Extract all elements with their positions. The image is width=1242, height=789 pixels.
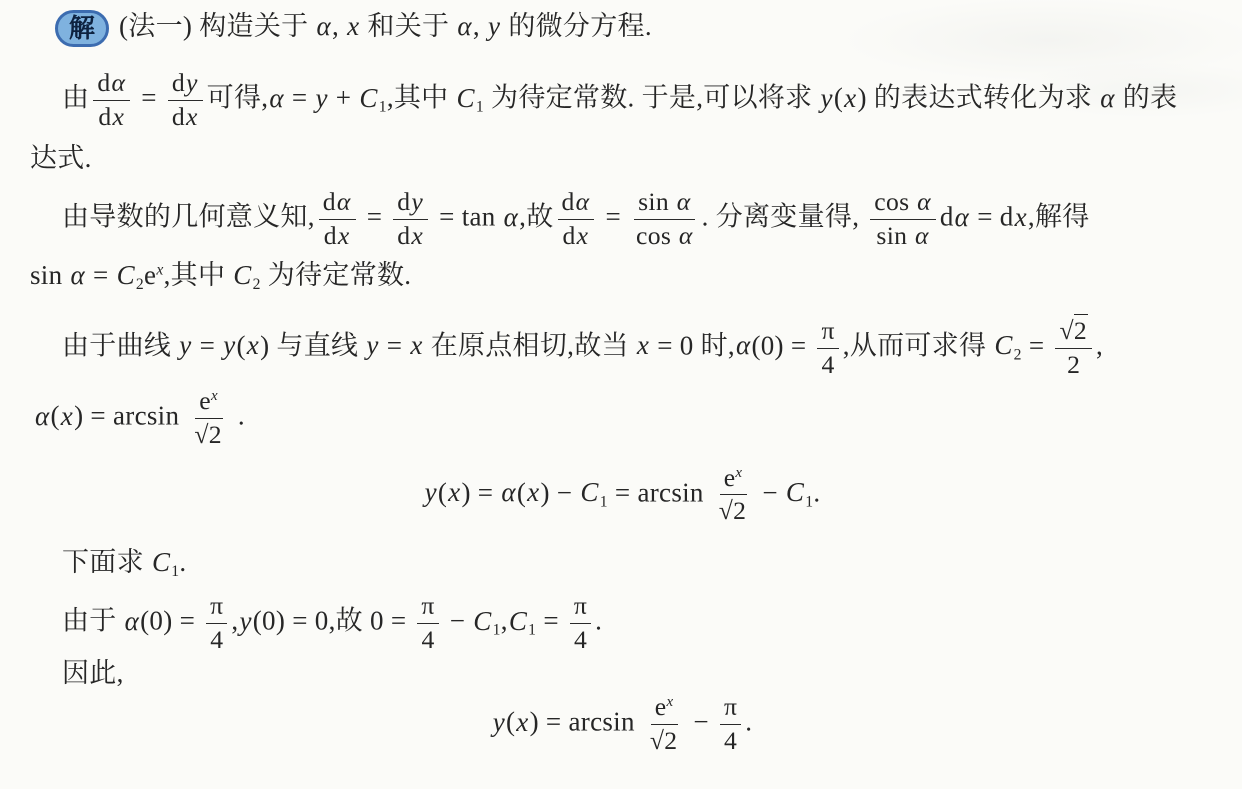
text-run: ) = arcsin — [74, 401, 186, 431]
math-variable: α — [110, 68, 126, 97]
math-variable: y — [178, 330, 192, 360]
text-run: . — [231, 401, 245, 431]
text-run: d — [97, 68, 110, 97]
text-run: d — [563, 221, 576, 250]
math-variable: y — [222, 330, 236, 360]
fraction-numerator: π — [570, 592, 591, 624]
text-run: ( — [517, 477, 526, 507]
math-variable: y — [410, 187, 424, 216]
text-run: = — [86, 260, 116, 290]
text-run: ,故 — [519, 202, 553, 232]
math-variable: y — [185, 68, 199, 97]
math-variable: y — [424, 477, 438, 507]
math-variable: C — [579, 477, 599, 507]
text-run: = — [285, 83, 315, 113]
math-variable: x — [337, 221, 351, 250]
text-run: (0) = — [140, 606, 202, 636]
text-run: d — [172, 102, 185, 131]
math-variable: x — [346, 11, 360, 41]
superscript: x — [156, 261, 163, 278]
text-run: 4 — [210, 625, 223, 654]
math-variable: C — [472, 606, 492, 636]
text-run: 由于曲线 — [62, 330, 178, 360]
text-run: 4 — [822, 350, 835, 379]
math-variable: x — [447, 477, 461, 507]
text-run: . — [813, 477, 820, 507]
text-run: ,其中 — [164, 260, 233, 290]
text-run: 2 — [1067, 350, 1080, 379]
text-run: d — [98, 102, 111, 131]
math-variable: x — [526, 477, 540, 507]
math-variable: α — [500, 477, 516, 507]
fraction: ex√2 — [646, 693, 683, 755]
fraction-denominator: sin α — [872, 220, 933, 251]
fraction-numerator: π — [417, 592, 438, 624]
fraction-numerator: π — [817, 317, 838, 349]
fraction: π4 — [720, 693, 741, 755]
text-run: . 分离变量得, — [702, 202, 867, 232]
text-run: d — [324, 221, 337, 250]
text-run: 由 — [62, 83, 89, 113]
math-variable: C — [151, 547, 171, 577]
sqrt-radical: √2 — [650, 724, 679, 755]
math-variable: C — [993, 330, 1013, 360]
line-initial-condition: 由于曲线 y = y(x) 与直线 y = x 在原点相切,故当 x = 0 时… — [30, 317, 1214, 379]
math-variable: x — [185, 102, 199, 131]
superscript: x — [735, 465, 742, 481]
fraction-denominator: dx — [320, 220, 355, 251]
text-run: d — [397, 187, 410, 216]
math-variable: x — [111, 102, 125, 131]
text-run: 达式. — [30, 143, 92, 173]
radicand: 2 — [664, 724, 678, 755]
math-variable: x — [409, 330, 423, 360]
math-variable: y — [314, 83, 328, 113]
superscript: x — [211, 388, 218, 404]
fraction-denominator: 4 — [206, 624, 227, 655]
text-run: e — [144, 260, 156, 290]
subscript: 1 — [379, 99, 387, 116]
text-run: 可得, — [207, 83, 269, 113]
math-variable: x — [410, 221, 424, 250]
text-run: sin — [638, 187, 676, 216]
math-variable: α — [456, 11, 472, 41]
fraction: cos αsin α — [870, 188, 936, 250]
subscript: 1 — [493, 622, 501, 639]
text-run: ,从而可求得 — [843, 330, 994, 360]
text-run: ( — [506, 707, 515, 737]
fraction: √22 — [1055, 317, 1092, 379]
fraction-denominator: dx — [559, 220, 594, 251]
radicand: 2 — [209, 418, 223, 449]
fraction-denominator: √2 — [190, 419, 227, 450]
text-run: 的表 — [1116, 83, 1178, 113]
text-run: 因此, — [62, 658, 124, 688]
text-run: 由于 — [62, 606, 124, 636]
math-variable: y — [820, 83, 834, 113]
fraction: dαdx — [93, 69, 130, 131]
text-run: 为待定常数. 于是,可以将求 — [484, 83, 820, 113]
radicand: 2 — [733, 494, 747, 525]
text-run: 由导数的几何意义知, — [62, 202, 315, 232]
fraction: sin αcos α — [632, 188, 698, 250]
fraction-numerator: π — [720, 693, 741, 725]
text-run: π — [210, 591, 223, 620]
sqrt-radical: √2 — [194, 418, 223, 449]
sqrt-radical: √2 — [1059, 314, 1088, 345]
math-variable: α — [914, 221, 930, 250]
text-run: ) 与直线 — [260, 330, 365, 360]
text-run: . — [595, 606, 602, 636]
math-variable: α — [1099, 83, 1115, 113]
text-run: , — [501, 606, 508, 636]
math-variable: y — [365, 330, 379, 360]
subscript: 2 — [136, 276, 144, 293]
text-run: 4 — [724, 726, 737, 755]
fraction-numerator: dα — [319, 188, 356, 220]
fraction-numerator: cos α — [870, 188, 936, 220]
math-variable: α — [575, 187, 591, 216]
text-run: (0) = 0,故 0 = — [253, 606, 414, 636]
math-variable: α — [34, 401, 50, 431]
text-run: ,解得 — [1028, 202, 1090, 232]
text-run: 4 — [574, 625, 587, 654]
text-run: ( — [236, 330, 245, 360]
subscript: 2 — [253, 276, 261, 293]
line-therefore: 因此, — [30, 655, 1214, 691]
fraction-numerator: ex — [651, 693, 678, 725]
math-variable: C — [508, 606, 528, 636]
radical-sign-icon: √ — [719, 496, 733, 525]
math-variable: y — [238, 606, 252, 636]
text-run: d — [940, 202, 954, 232]
text-run: = d — [970, 202, 1013, 232]
math-variable: α — [268, 83, 284, 113]
math-variable: x — [636, 330, 650, 360]
fraction-denominator: dx — [94, 101, 129, 132]
text-run: 和关于 — [360, 11, 456, 41]
text-run: sin — [876, 221, 914, 250]
text-run: π — [574, 591, 587, 620]
math-variable: α — [315, 11, 331, 41]
equation-final-answer: y(x) = arcsin ex√2 − π4. — [30, 693, 1214, 755]
fraction-denominator: √2 — [715, 495, 752, 526]
text-run: 为待定常数. — [261, 260, 412, 290]
equation-y-of-x-with-c1: y(x) = α(x) − C1 = arcsin ex√2 − C1. — [30, 464, 1214, 526]
text-run: ) 的表达式转化为求 — [857, 83, 1099, 113]
text-run: 下面求 — [62, 547, 151, 577]
fraction: dαdx — [319, 188, 356, 250]
math-variable: x — [1014, 202, 1028, 232]
text-run: e — [199, 386, 211, 415]
text-run: . — [745, 707, 752, 737]
math-variable: C — [785, 477, 805, 507]
text-run: π — [821, 316, 834, 345]
line-alpha-of-x: α(x) = arcsin ex√2 . — [30, 387, 1214, 449]
text-run: π — [724, 692, 737, 721]
document-body: 解(法一) 构造关于 α, x 和关于 α, y 的微分方程.由dαdx = d… — [30, 8, 1214, 756]
text-run: = — [536, 606, 566, 636]
fraction-denominator: 4 — [417, 624, 438, 655]
fraction-numerator: dy — [168, 69, 203, 101]
text-run: , — [1096, 330, 1103, 360]
math-variable: α — [735, 330, 751, 360]
text-run: e — [724, 463, 736, 492]
fraction-denominator: cos α — [632, 220, 698, 251]
text-run: 4 — [421, 625, 434, 654]
text-run: ( — [438, 477, 447, 507]
line-solve-c1: 由于 α(0) = π4,y(0) = 0,故 0 = π4 − C1,C1 =… — [30, 592, 1214, 654]
text-run: + — [329, 83, 359, 113]
text-run: − — [443, 606, 473, 636]
text-run: = — [134, 83, 164, 113]
fraction-denominator: dx — [393, 220, 428, 251]
text-run: ( — [834, 83, 843, 113]
text-run: d — [397, 221, 410, 250]
fraction-denominator: 4 — [818, 349, 839, 380]
fraction: π4 — [817, 317, 838, 379]
text-run: = — [360, 202, 390, 232]
text-run: d — [562, 187, 575, 216]
text-run: ,其中 — [387, 83, 456, 113]
math-variable: α — [916, 187, 932, 216]
text-run: , — [473, 11, 487, 41]
fraction-numerator: dy — [393, 188, 428, 220]
radical-sign-icon: √ — [1059, 316, 1073, 345]
subscript: 1 — [600, 493, 608, 510]
text-run: 的微分方程. — [501, 11, 652, 41]
text-run: = — [380, 330, 410, 360]
solution-badge: 解 — [55, 10, 109, 47]
text-run: d — [323, 187, 336, 216]
subscript: 2 — [1014, 346, 1022, 363]
fraction-numerator: ex — [195, 387, 222, 419]
fraction-numerator: dα — [558, 188, 595, 220]
text-run: = tan — [432, 202, 503, 232]
line-expression-continued: 达式. — [30, 140, 1214, 176]
line-sin-solution: sin α = C2ex,其中 C2 为待定常数. — [30, 257, 1214, 295]
text-run: = — [598, 202, 628, 232]
superscript: x — [666, 694, 673, 710]
math-variable: α — [676, 187, 692, 216]
math-variable: x — [576, 221, 590, 250]
text-run: = — [193, 330, 223, 360]
sqrt-radical: √2 — [719, 494, 748, 525]
text-run: , — [332, 11, 346, 41]
fraction: dydx — [393, 188, 428, 250]
fraction-denominator: 4 — [570, 624, 591, 655]
math-variable: C — [232, 260, 252, 290]
text-run: − — [755, 477, 785, 507]
fraction-denominator: √2 — [646, 725, 683, 756]
line-find-c1: 下面求 C1. — [30, 544, 1214, 582]
fraction: π4 — [206, 592, 227, 654]
math-variable: y — [487, 11, 501, 41]
math-variable: α — [503, 202, 519, 232]
text-run: 在原点相切,故当 — [424, 330, 636, 360]
text-run: − — [686, 707, 716, 737]
text-run: ( — [50, 401, 59, 431]
text-run: ) = arcsin — [530, 707, 642, 737]
fraction: π4 — [417, 592, 438, 654]
radical-sign-icon: √ — [194, 420, 208, 449]
fraction: π4 — [570, 592, 591, 654]
text-run: π — [421, 591, 434, 620]
math-variable: y — [492, 707, 506, 737]
text-run: cos — [874, 187, 916, 216]
math-variable: x — [246, 330, 260, 360]
fraction: dydx — [168, 69, 203, 131]
text-run: ) = — [461, 477, 500, 507]
text-run: cos — [636, 221, 678, 250]
fraction-numerator: dα — [93, 69, 130, 101]
radicand: 2 — [1074, 314, 1088, 345]
fraction-numerator: ex — [720, 464, 747, 496]
fraction-denominator: dx — [168, 101, 203, 132]
fraction-denominator: 2 — [1063, 349, 1084, 380]
math-variable: C — [456, 83, 476, 113]
math-variable: α — [336, 187, 352, 216]
math-variable: α — [69, 260, 85, 290]
fraction: dαdx — [558, 188, 595, 250]
fraction-numerator: √2 — [1055, 317, 1092, 349]
fraction-numerator: sin α — [634, 188, 695, 220]
document-page: 解(法一) 构造关于 α, x 和关于 α, y 的微分方程.由dαdx = d… — [0, 0, 1242, 789]
math-variable: x — [60, 401, 74, 431]
math-variable: α — [124, 606, 140, 636]
line-method-heading: 解(法一) 构造关于 α, x 和关于 α, y 的微分方程. — [30, 8, 1214, 47]
text-run: e — [655, 692, 667, 721]
text-run: ) − — [540, 477, 579, 507]
text-run: d — [172, 68, 185, 97]
fraction: ex√2 — [190, 387, 227, 449]
fraction-denominator: 4 — [720, 725, 741, 756]
text-run: = — [1022, 330, 1052, 360]
text-run: . — [179, 547, 186, 577]
math-variable: α — [954, 202, 970, 232]
math-variable: x — [843, 83, 857, 113]
text-run: = 0 时, — [650, 330, 735, 360]
fraction-numerator: π — [206, 592, 227, 624]
math-variable: x — [515, 707, 529, 737]
radical-sign-icon: √ — [650, 726, 664, 755]
text-run: = arcsin — [608, 477, 711, 507]
line-derive-alpha-relation: 由dαdx = dydx可得,α = y + C1,其中 C1 为待定常数. 于… — [30, 69, 1214, 131]
line-geometric-meaning: 由导数的几何意义知,dαdx = dydx = tan α,故dαdx = si… — [30, 188, 1214, 250]
subscript: 1 — [476, 99, 484, 116]
math-variable: α — [678, 221, 694, 250]
text-run: (0) = — [751, 330, 813, 360]
math-variable: C — [116, 260, 136, 290]
text-run: (法一) 构造关于 — [119, 11, 315, 41]
fraction: ex√2 — [715, 464, 752, 526]
math-variable: C — [358, 83, 378, 113]
text-run: sin — [30, 260, 69, 290]
